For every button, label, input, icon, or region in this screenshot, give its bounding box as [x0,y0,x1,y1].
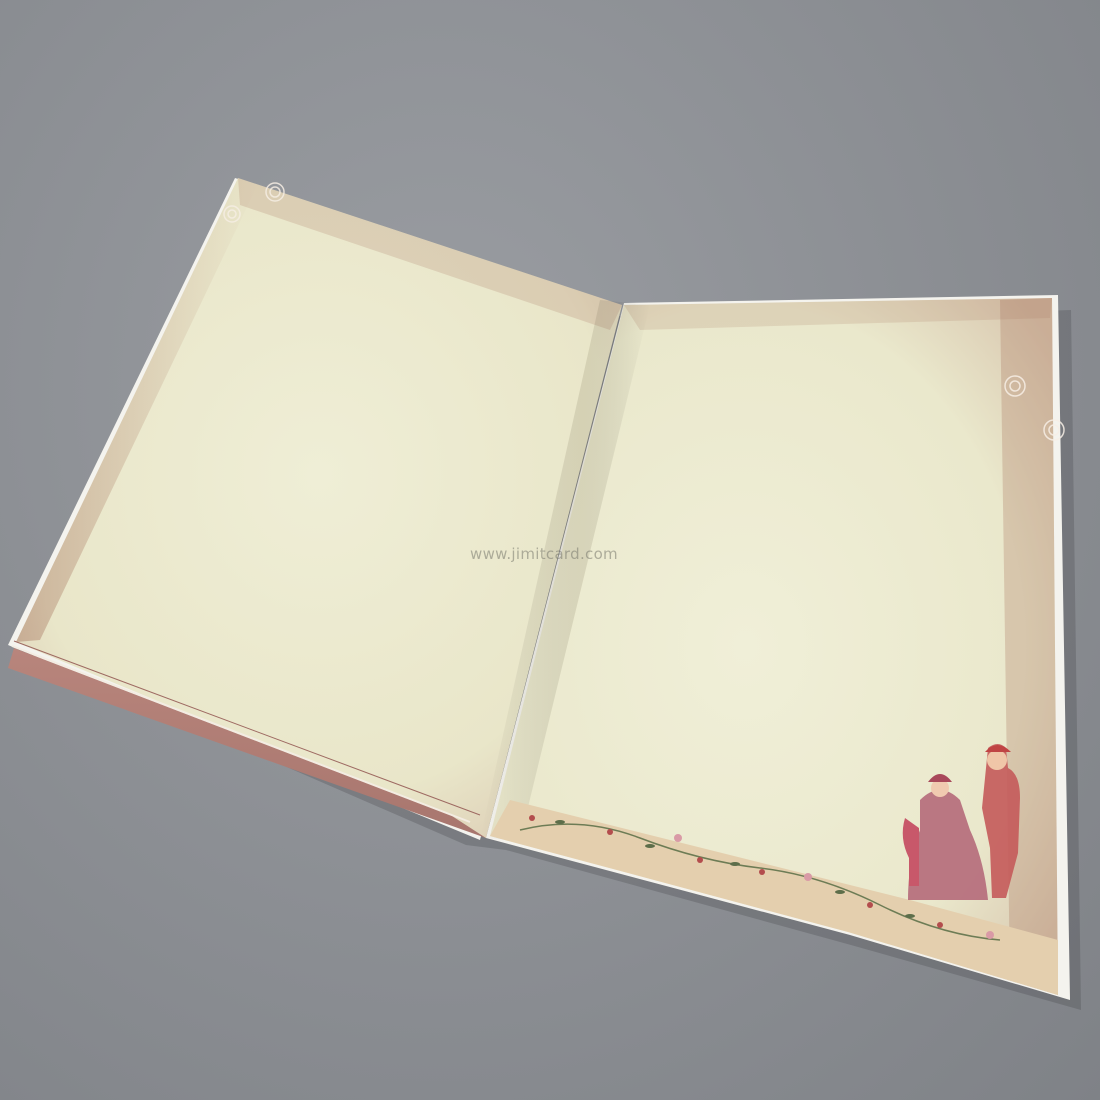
photo-scene: www.jimitcard.com [0,0,1100,1100]
watermark-text: www.jimitcard.com [470,545,618,563]
